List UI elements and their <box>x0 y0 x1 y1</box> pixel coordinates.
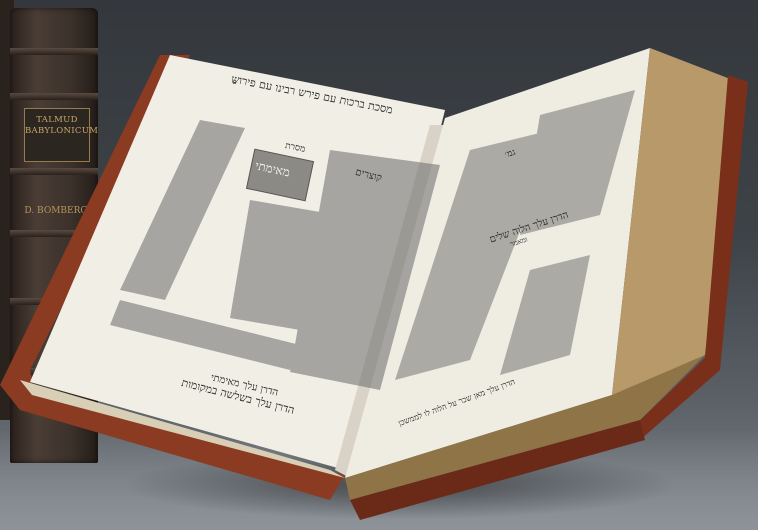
open-volume <box>0 0 758 530</box>
photo-scene: TALMUD BABYLONICUM D. BOMBERG <box>0 0 758 530</box>
